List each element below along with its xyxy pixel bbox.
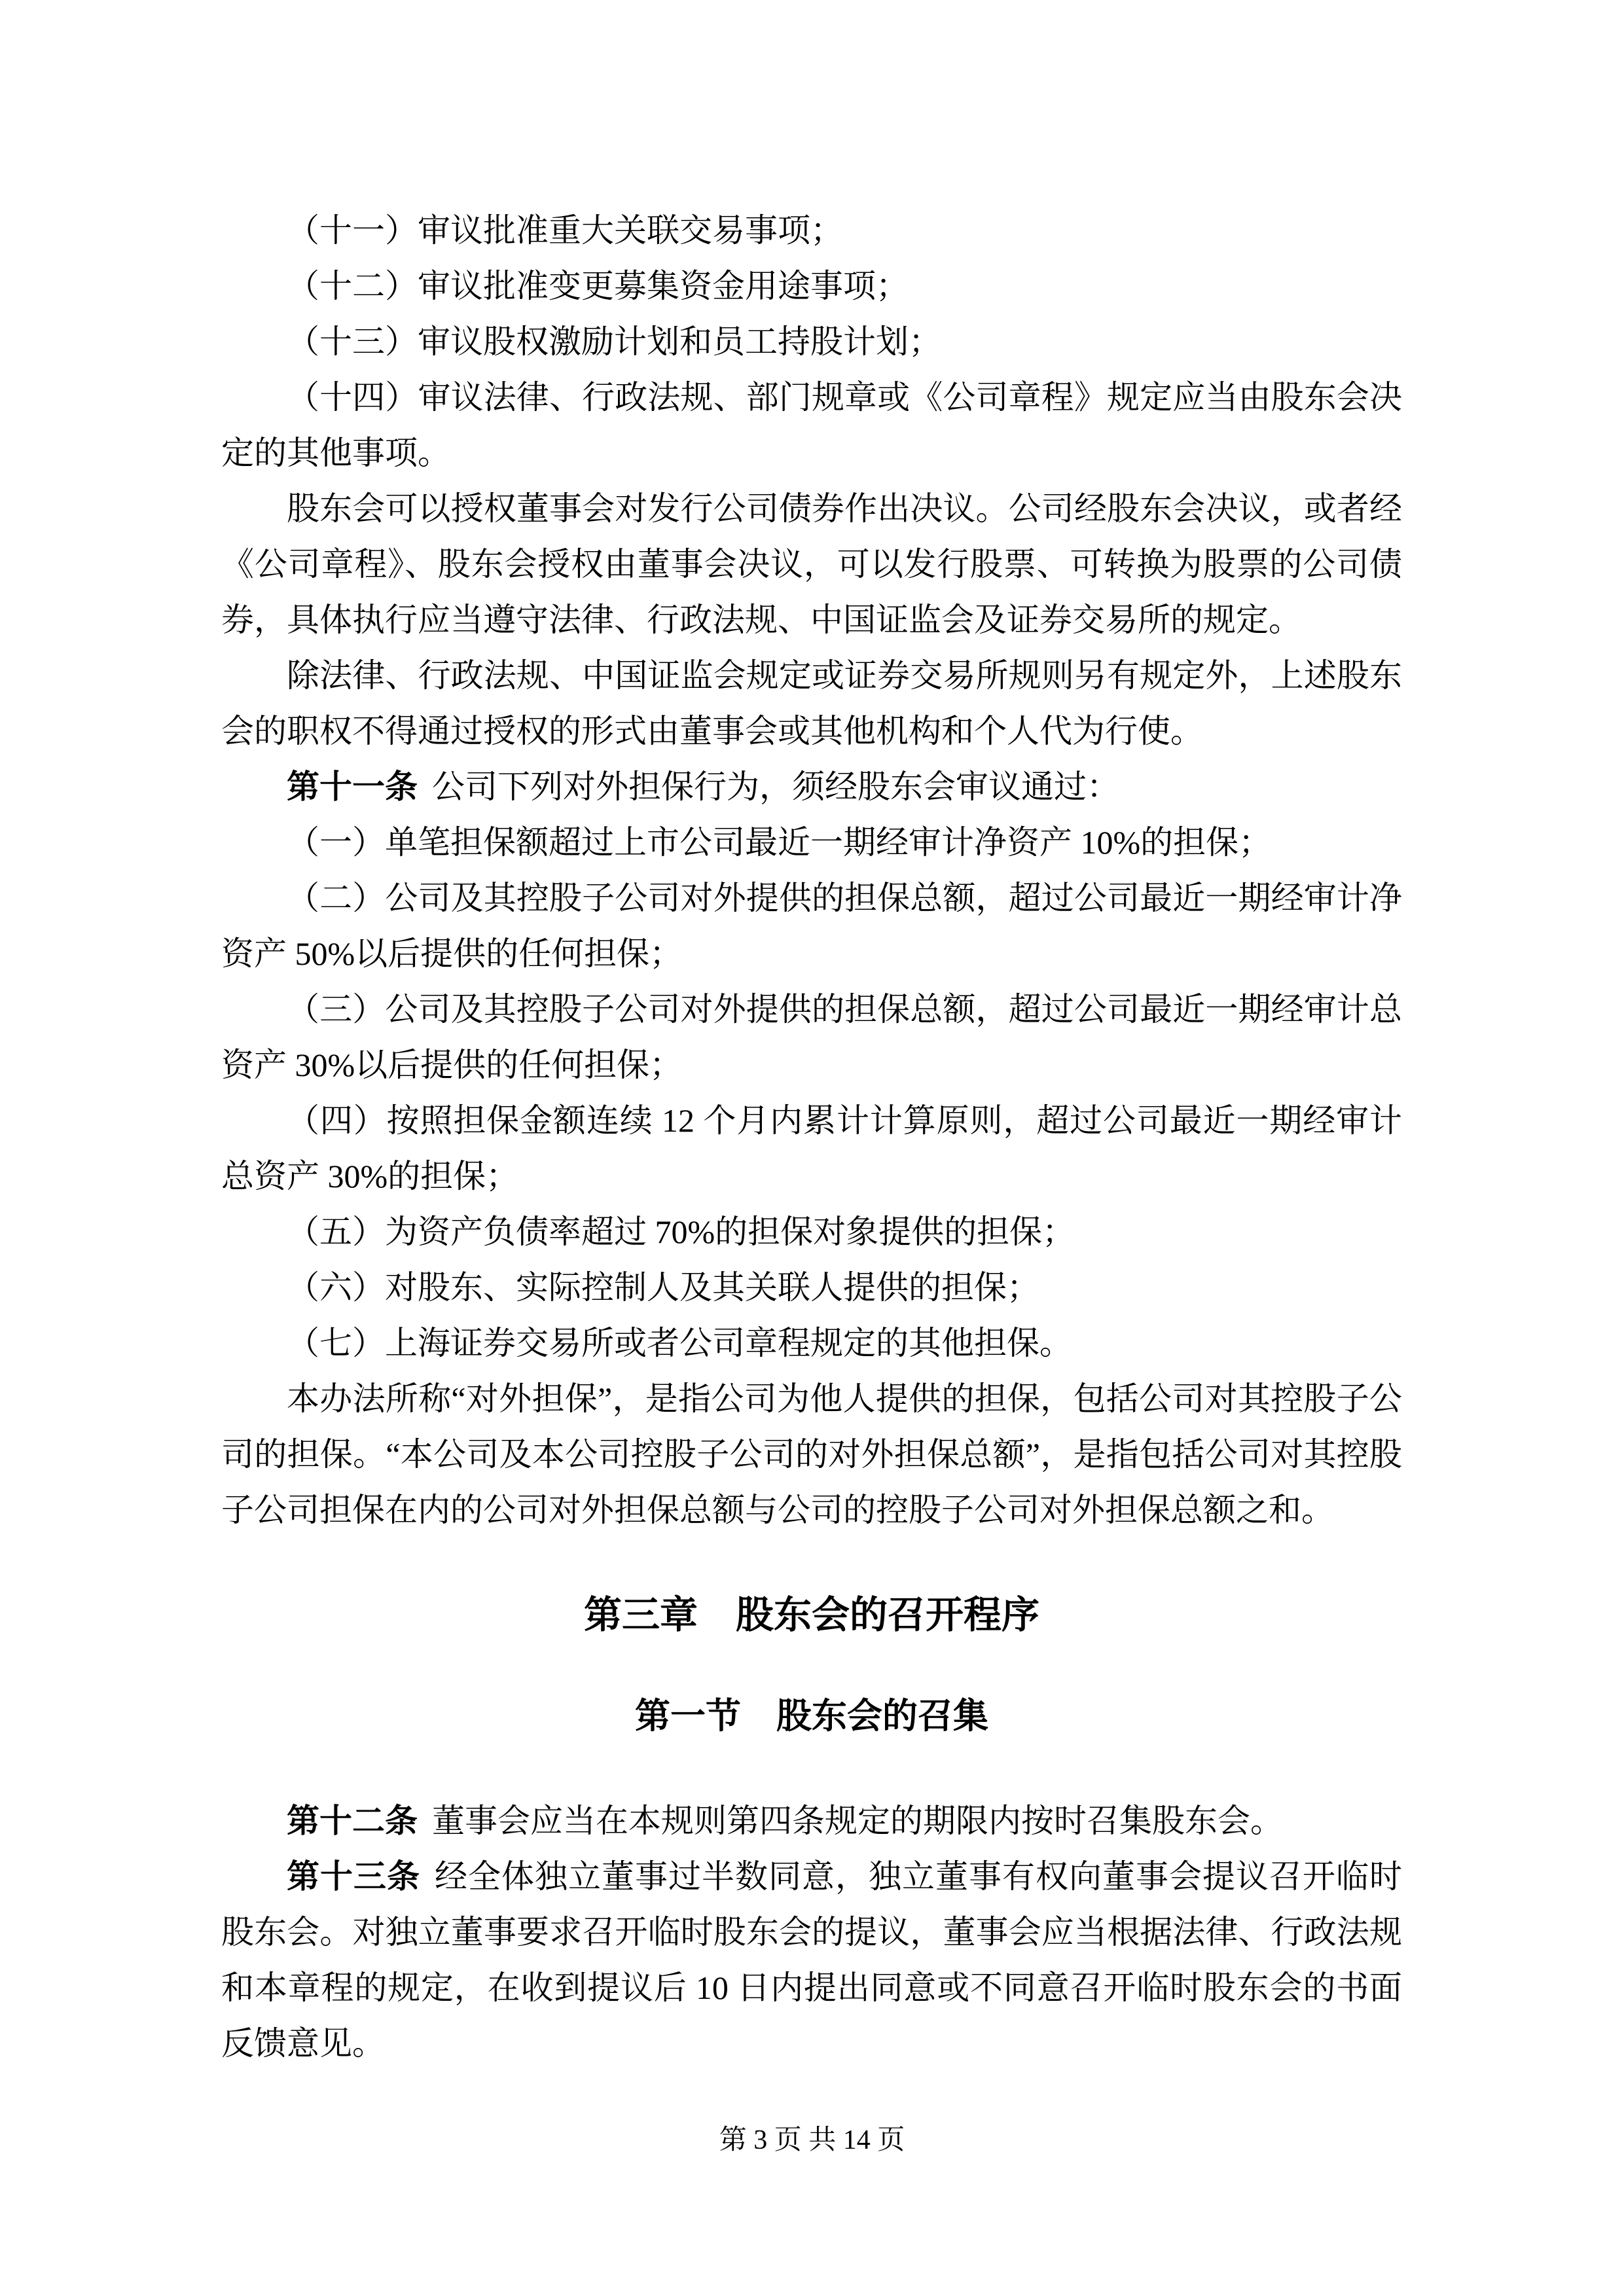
document-body: （十一）审议批准重大关联交易事项；（十二）审议批准变更募集资金用途事项；（十三）… bbox=[221, 203, 1402, 2072]
paragraph: 除法律、行政法规、中国证监会规定或证券交易所规则另有规定外，上述股东会的职权不得… bbox=[221, 648, 1402, 759]
article-number: 第十三条 bbox=[287, 1858, 420, 1895]
paragraph: 股东会可以授权董事会对发行公司债券作出决议。公司经股东会决议，或者经《公司章程》… bbox=[221, 481, 1402, 648]
paragraph: （十三）审议股权激励计划和员工持股计划； bbox=[221, 314, 1402, 370]
paragraph: （十二）审议批准变更募集资金用途事项； bbox=[221, 259, 1402, 314]
paragraph: 本办法所称“对外担保”，是指公司为他人提供的担保，包括公司对其控股子公司的担保。… bbox=[221, 1371, 1402, 1538]
paragraph: （三）公司及其控股子公司对外提供的担保总额，超过公司最近一期经审计总资产 30%… bbox=[221, 982, 1402, 1093]
paragraph: （四）按照担保金额连续 12 个月内累计计算原则，超过公司最近一期经审计总资产 … bbox=[221, 1093, 1402, 1204]
article-number: 第十二条 bbox=[287, 1803, 418, 1839]
paragraph: （二）公司及其控股子公司对外提供的担保总额，超过公司最近一期经审计净资产 50%… bbox=[221, 870, 1402, 982]
section-heading: 第一节 股东会的召集 bbox=[221, 1689, 1402, 1744]
paragraph: （七）上海证券交易所或者公司章程规定的其他担保。 bbox=[221, 1316, 1402, 1371]
paragraph: （一）单笔担保额超过上市公司最近一期经审计净资产 10%的担保； bbox=[221, 815, 1402, 870]
paragraph: 第十二条董事会应当在本规则第四条规定的期限内按时召集股东会。 bbox=[221, 1793, 1402, 1849]
paragraph: （十一）审议批准重大关联交易事项； bbox=[221, 203, 1402, 259]
chapter-heading: 第三章 股东会的召开程序 bbox=[221, 1587, 1402, 1643]
paragraph: （五）为资产负债率超过 70%的担保对象提供的担保； bbox=[221, 1204, 1402, 1260]
paragraph: （十四）审议法律、行政法规、部门规章或《公司章程》规定应当由股东会决定的其他事项… bbox=[221, 370, 1402, 481]
paragraph: 第十一条公司下列对外担保行为，须经股东会审议通过： bbox=[221, 759, 1402, 815]
paragraph: （六）对股东、实际控制人及其关联人提供的担保； bbox=[221, 1260, 1402, 1316]
document-page: （十一）审议批准重大关联交易事项；（十二）审议批准变更募集资金用途事项；（十三）… bbox=[0, 0, 1624, 2296]
article-number: 第十一条 bbox=[287, 768, 418, 805]
paragraph: 第十三条经全体独立董事过半数同意，独立董事有权向董事会提议召开临时股东会。对独立… bbox=[221, 1849, 1402, 2072]
page-number: 第 3 页 共 14 页 bbox=[0, 2121, 1624, 2160]
